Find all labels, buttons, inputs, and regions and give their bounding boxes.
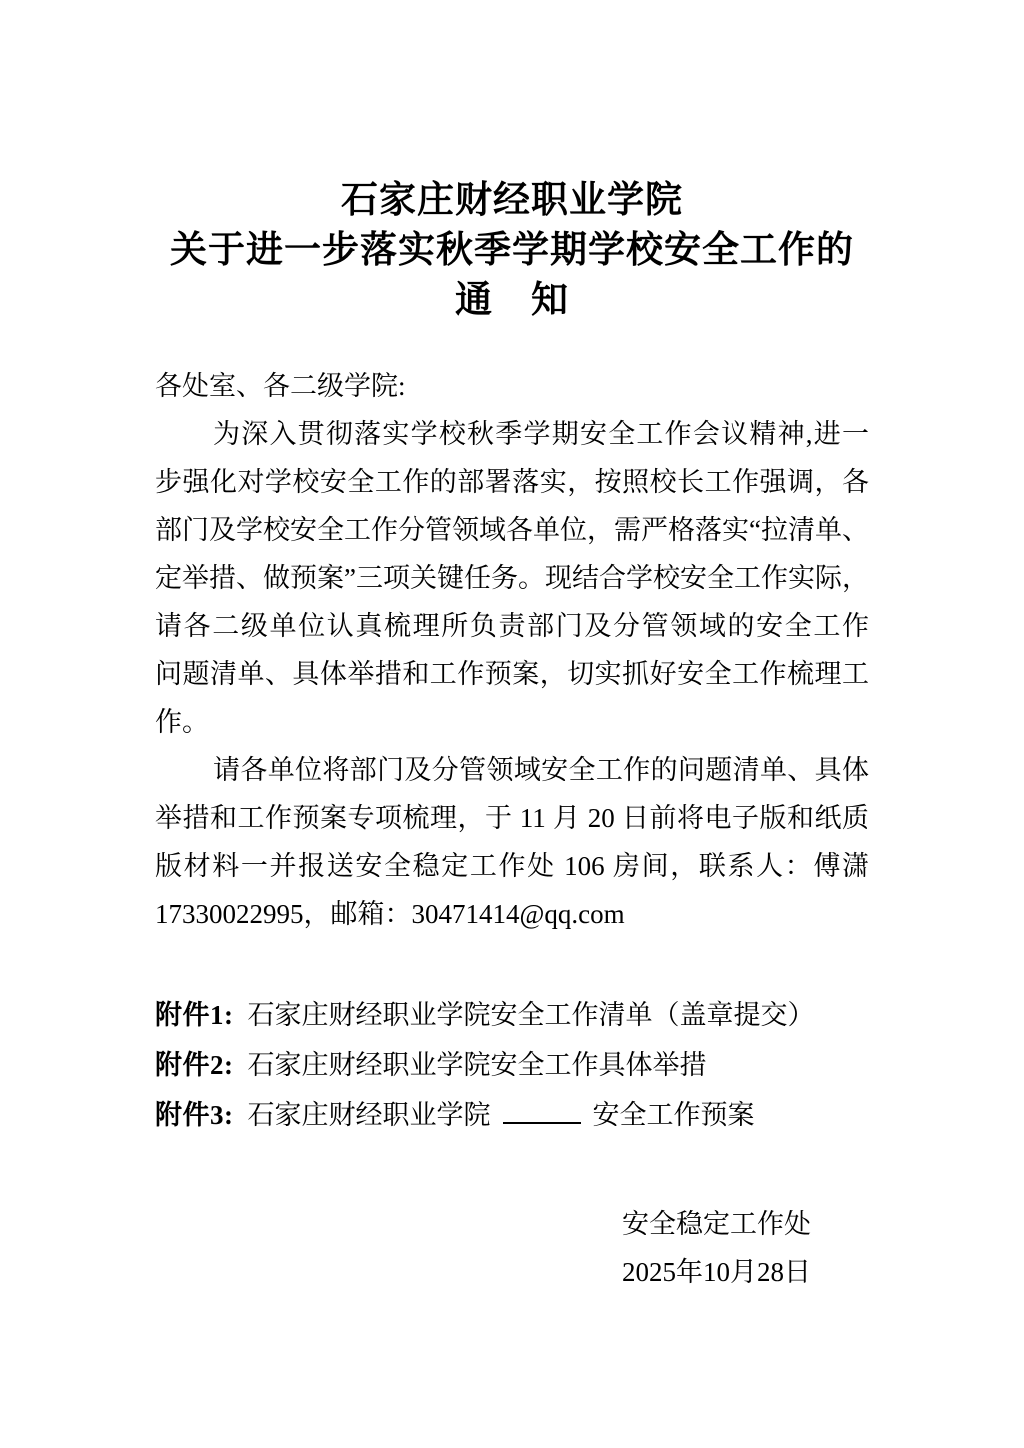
attachments-list: 附件1:石家庄财经职业学院安全工作清单（盖章提交） 附件2:石家庄财经职业学院安…	[155, 990, 869, 1140]
paragraph-1-line: 请各二级单位认真梳理所负责部门及分管领域的安全工作	[155, 602, 869, 650]
paragraph-1-line: 为深入贯彻落实学校秋季学期安全工作会议精神,进一	[155, 410, 869, 458]
attachment-2-text: 石家庄财经职业学院安全工作具体举措	[248, 1050, 707, 1080]
document-page: 石家庄财经职业学院 关于进一步落实秋季学期学校安全工作的 通 知 各处室、各二级…	[0, 0, 1024, 1448]
attachment-3-label: 附件3:	[155, 1100, 234, 1130]
paragraph-2-line: 版材料一并报送安全稳定工作处 106 房间，联系人：傅潇	[155, 842, 869, 890]
paragraph-2-line: 举措和工作预案专项梳理，于 11 月 20 日前将电子版和纸质	[155, 794, 869, 842]
signature-block: 安全稳定工作处 2025年10月28日	[622, 1200, 811, 1296]
fill-in-blank-underline	[503, 1097, 581, 1124]
attachment-1-text: 石家庄财经职业学院安全工作清单（盖章提交）	[248, 1000, 815, 1030]
title-line-notice: 通 知	[155, 276, 869, 326]
paragraph-1-line: 步强化对学校安全工作的部署落实，按照校长工作强调，各	[155, 458, 869, 506]
document-body: 各处室、各二级学院: 为深入贯彻落实学校秋季学期安全工作会议精神,进一 步强化对…	[155, 362, 869, 938]
signature-department: 安全稳定工作处	[622, 1200, 811, 1248]
attachment-1-label: 附件1:	[155, 1000, 234, 1030]
title-line-subject: 关于进一步落实秋季学期学校安全工作的	[155, 226, 869, 276]
attachment-3-prefix: 石家庄财经职业学院	[248, 1100, 491, 1130]
paragraph-1-line: 定举措、做预案”三项关键任务。现结合学校安全工作实际，	[155, 554, 869, 602]
attachment-item-3: 附件3:石家庄财经职业学院安全工作预案	[155, 1090, 869, 1140]
paragraph-1-line: 问题清单、具体举措和工作预案，切实抓好安全工作梳理工	[155, 650, 869, 698]
title-line-org: 石家庄财经职业学院	[155, 176, 869, 226]
document-content: 石家庄财经职业学院 关于进一步落实秋季学期学校安全工作的 通 知 各处室、各二级…	[0, 0, 1024, 1296]
attachment-item-2: 附件2:石家庄财经职业学院安全工作具体举措	[155, 1040, 869, 1090]
attachment-item-1: 附件1:石家庄财经职业学院安全工作清单（盖章提交）	[155, 990, 869, 1040]
document-title: 石家庄财经职业学院 关于进一步落实秋季学期学校安全工作的 通 知	[155, 176, 869, 326]
salutation: 各处室、各二级学院:	[155, 362, 869, 410]
attachment-3-suffix: 安全工作预案	[593, 1100, 755, 1130]
paragraph-2-line: 17330022995，邮箱：30471414@qq.com	[155, 890, 869, 938]
signature-date: 2025年10月28日	[622, 1248, 811, 1296]
attachment-2-label: 附件2:	[155, 1050, 234, 1080]
paragraph-2-line: 请各单位将部门及分管领域安全工作的问题清单、具体	[155, 746, 869, 794]
paragraph-1-line: 部门及学校安全工作分管领域各单位，需严格落实“拉清单、	[155, 506, 869, 554]
paragraph-1-line: 作。	[155, 698, 869, 746]
